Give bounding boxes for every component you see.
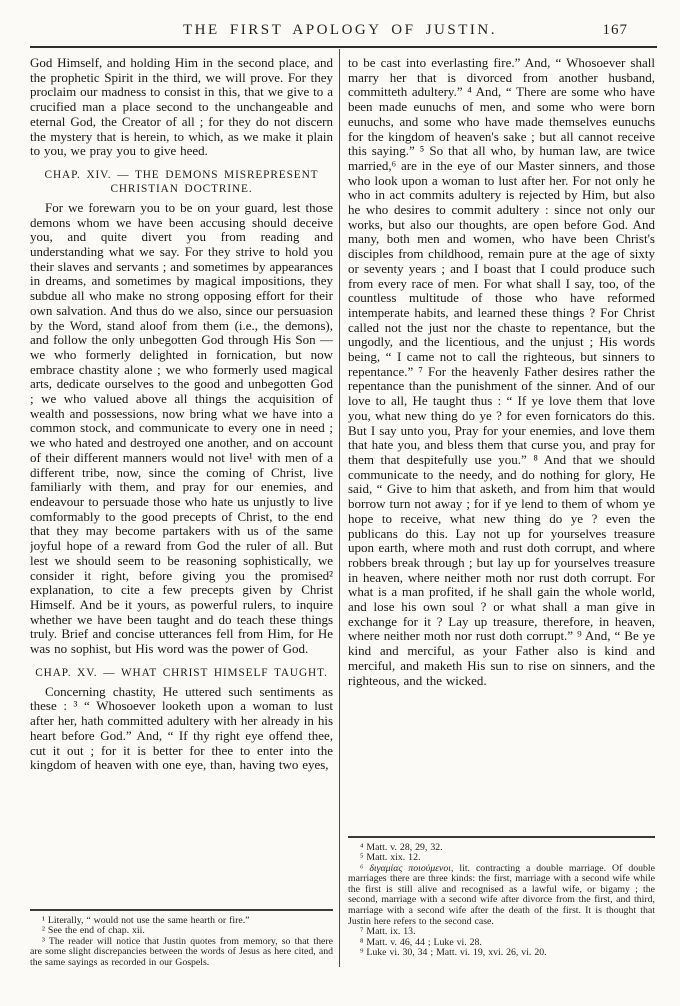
footnote-6: ⁶ διγαμίας ποιούμενοι, lit. contracting … xyxy=(348,864,655,928)
header-rule xyxy=(30,46,657,48)
chapter-xv-heading: CHAP. XV. — WHAT CHRIST HIMSELF TAUGHT. xyxy=(30,666,333,680)
right-column: to be cast into everlasting fire.” And, … xyxy=(348,56,655,833)
chapter-xiv-heading: CHAP. XIV. — THE DEMONS MISREPRESENT CHR… xyxy=(30,168,333,196)
footnote-6-greek: ⁶ διγαμίας ποιούμενοι, xyxy=(360,863,453,874)
right-footnote-rule xyxy=(348,836,655,838)
page-number: 167 xyxy=(603,22,629,39)
left-footnotes: ¹ Literally, “ would not use the same he… xyxy=(30,909,333,979)
left-column: God Himself, and holding Him in the seco… xyxy=(30,56,333,906)
paragraph-continuation: to be cast into everlasting fire.” And, … xyxy=(348,56,655,688)
footnote-3: ³ The reader will notice that Justin quo… xyxy=(30,937,333,969)
paragraph-continuation: God Himself, and holding Him in the seco… xyxy=(30,56,333,159)
chapter-xiv-paragraph: For we forewarn you to be on your guard,… xyxy=(30,201,333,657)
right-footnotes: ⁴ Matt. v. 28, 29, 32. ⁵ Matt. xix. 12. … xyxy=(348,836,655,971)
chapter-xv-paragraph: Concerning chastity, He uttered such sen… xyxy=(30,685,333,773)
footnote-9: ⁹ Luke vi. 30, 34 ; Matt. vi. 19, xvi. 2… xyxy=(348,948,655,959)
book-page: THE FIRST APOLOGY OF JUSTIN. 167 God Him… xyxy=(0,0,680,1006)
left-footnote-rule xyxy=(30,909,333,911)
page-title: THE FIRST APOLOGY OF JUSTIN. xyxy=(0,22,680,39)
column-divider xyxy=(339,49,340,967)
running-header: THE FIRST APOLOGY OF JUSTIN. 167 xyxy=(0,22,680,44)
